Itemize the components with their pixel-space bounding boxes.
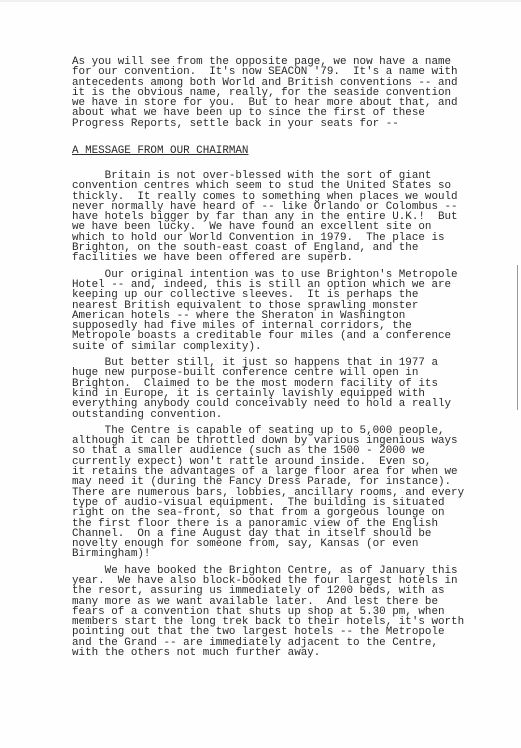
text-line: right on the sea-front, so that from a g… — [72, 508, 464, 518]
paragraph: But better still, it just so happens tha… — [72, 358, 464, 420]
text-line: outstanding convention. — [72, 410, 464, 420]
paragraph: We have booked the Brighton Centre, as o… — [72, 566, 464, 659]
paragraph: The Centre is capable of seating up to 5… — [72, 426, 464, 560]
paragraph: Our original intention was to use Bright… — [72, 270, 464, 352]
chairman-message-body: Britain is not over-blessed with the sor… — [72, 171, 464, 658]
page-top-edge — [0, 0, 521, 2]
text-line: with the others not much further away. — [72, 648, 464, 658]
section-heading: A MESSAGE FROM OUR CHAIRMAN — [72, 146, 248, 156]
text-line: Progress Reports, settle back in your se… — [72, 119, 458, 129]
intro-paragraph: As you will see from the opposite page, … — [72, 57, 458, 129]
paragraph: Britain is not over-blessed with the sor… — [72, 171, 464, 264]
text-line: Birmingham)! — [72, 549, 464, 559]
binding-edge-mark — [517, 265, 518, 410]
text-line: suite of similar complexity). — [72, 342, 464, 352]
text-line: everything anybody could conceivably nee… — [72, 399, 464, 409]
document-page: As you will see from the opposite page, … — [0, 0, 521, 748]
text-line: facilities we have been offered are supe… — [72, 253, 464, 263]
